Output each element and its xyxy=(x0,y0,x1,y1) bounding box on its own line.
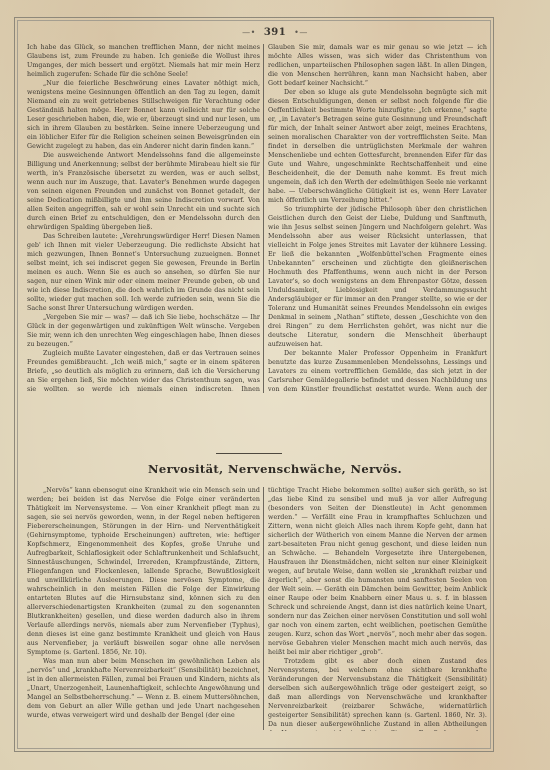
article1-left-column: Ich habe das Glück, so manchen trefflich… xyxy=(27,43,260,391)
paragraph: „Nervös“ kann ebensogut eine Krankheit w… xyxy=(27,486,260,657)
paragraph: Ich habe das Glück, so manchen trefflich… xyxy=(27,43,260,79)
column-divider xyxy=(263,44,264,393)
page-number: 391 xyxy=(264,27,286,38)
paragraph: Der eben so kluge als gute Mendelssohn b… xyxy=(268,88,487,205)
paragraph: Das Schreiben lautete: „Verehrungswürdig… xyxy=(27,232,260,313)
article2-left-column: „Nervös“ kann ebensogut eine Krankheit w… xyxy=(27,486,260,731)
ornament-right: •— xyxy=(294,28,308,37)
paragraph: „Vergeben Sie mir — was? — daß ich Sie l… xyxy=(27,313,260,349)
paragraph: Was man nun aber beim Menschen im gewöhn… xyxy=(27,657,260,720)
column-divider xyxy=(263,487,264,730)
paragraph: Trotzdem gibt es aber doch einen Zustand… xyxy=(268,657,487,731)
paragraph: „Nur die feierliche Beschwörung eines La… xyxy=(27,79,260,151)
section-divider xyxy=(216,453,282,454)
paragraph: Zugleich mußte Lavater eingestehen, daß … xyxy=(27,349,260,391)
article2-heading: Nervosität, Nervenschwäche, Nervös. xyxy=(0,462,550,476)
paragraph: Der bekannte Maler Professor Oppenheim i… xyxy=(268,349,487,391)
article2-right-column: tüchtige Tracht Hiebe bekommen sollte) a… xyxy=(268,486,487,731)
paragraph: Die ausweichende Antwort Mendelssohns fa… xyxy=(27,151,260,232)
paragraph: Glauben Sie mir, damals war es mir genau… xyxy=(268,43,487,88)
page-number-header: —• 391 •— xyxy=(0,27,550,38)
article1-right-column: Glauben Sie mir, damals war es mir genau… xyxy=(268,43,487,391)
paragraph: So triumphirte der jüdische Philosoph üb… xyxy=(268,205,487,349)
paragraph: tüchtige Tracht Hiebe bekommen sollte) a… xyxy=(268,486,487,657)
ornament-left: —• xyxy=(242,28,256,37)
